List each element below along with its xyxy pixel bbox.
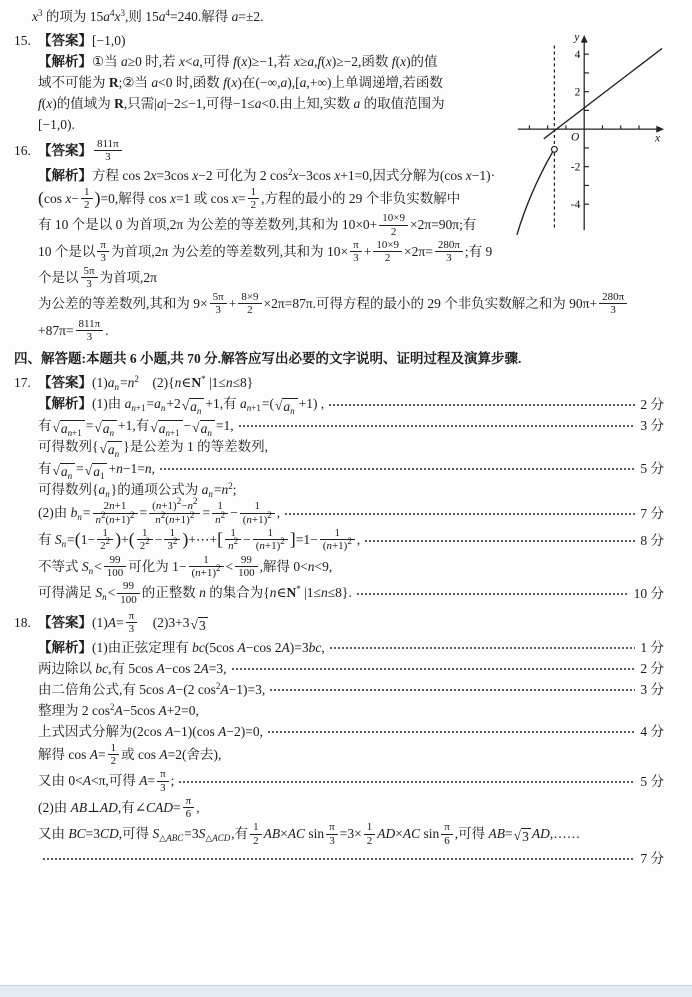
intro-line-mount: x3 的项为 15a4x3,则 15a4=240.解得 a=±2. xyxy=(14,7,664,27)
dotted-leader xyxy=(238,424,636,428)
text-line: 有 Sn=(1−122)+(122−132)+⋯+[1n2−1(n+1)2]=1… xyxy=(14,528,664,554)
text-line: (2)由 bn=2n+1n2(n+1)2=(n+1)2−n2n2(n+1)2=1… xyxy=(14,501,664,527)
score-label: 2 分 xyxy=(640,659,664,679)
score-label: 4 分 xyxy=(640,722,664,742)
text-line: 上式因式分解为(2cos A−1)(cos A−2)=0,4 分 xyxy=(14,722,664,742)
axes xyxy=(518,40,658,230)
dotted-leader xyxy=(42,857,635,861)
text-line: +87π=811π3. xyxy=(14,319,664,345)
dotted-leader xyxy=(159,467,635,471)
problem-number: 15. xyxy=(14,31,38,51)
curve-branch xyxy=(517,152,553,235)
function-graph: 4 2 -2 -4 O x y xyxy=(514,30,664,237)
text-line: 可得数列{an}的通项公式为 an=n2; xyxy=(14,480,664,500)
document-body: x3 的项为 15a4x3,则 15a4=240.解得 a=±2. xyxy=(0,0,692,869)
dotted-leader xyxy=(267,730,635,734)
problem-number: 18. xyxy=(14,613,38,633)
score-label: 1 分 xyxy=(640,638,664,658)
text-line: 【解析】(1)由正弦定理有 bc(5cos A−cos 2A)=3bc,1 分 xyxy=(14,638,664,658)
x-axis-label: x xyxy=(654,133,661,145)
text-line: 解得 cos A=12或 cos A=2(舍去), xyxy=(14,743,664,769)
text-line: 可得数列{√an}是公差为 1 的等差数列, xyxy=(14,437,664,458)
score-label: 5 分 xyxy=(640,459,664,479)
y-tick-label: -4 xyxy=(571,199,581,211)
dotted-leader xyxy=(356,592,629,596)
score-label: 3 分 xyxy=(640,680,664,700)
y-axis-arrow xyxy=(581,35,588,43)
score-label: 8 分 xyxy=(640,531,664,551)
text-line: 有√an=√a1+n−1=n,5 分 xyxy=(14,459,664,480)
text-line: 由二倍角公式,有 5cos A−(2 cos2A−1)=3,3 分 xyxy=(14,680,664,700)
y-tick-label: 2 xyxy=(575,87,581,99)
text-line: 又由 BC=3CD,可得 S△ABC=3S△ACD,有12AB×AC sinπ3… xyxy=(14,822,664,848)
origin-label: O xyxy=(571,132,580,144)
y-tick-label: 4 xyxy=(575,49,581,61)
text-line: 整理为 2 cos2A−5cos A+2=0, xyxy=(14,701,664,721)
bottom-bar xyxy=(0,985,692,997)
dotted-leader xyxy=(269,688,635,692)
text-line: (2)由 AB⊥AD,有∠CAD=π6, xyxy=(14,796,664,822)
text-line: 10 个是以π3为首项,2π 为公差的等差数列,其和为 10×π3+10×92×… xyxy=(14,240,664,291)
section-heading: 四、解答题:本题共 6 小题,共 70 分.解答应写出必要的文字说明、证明过程及… xyxy=(14,349,664,369)
text-line: 7 分 xyxy=(14,849,664,869)
linear-branch xyxy=(544,48,662,138)
problem-head: 17.【答案】(1)an=n2 (2){n∈N* |1≤n≤8} xyxy=(14,373,664,393)
text-line: 有√an+1=√an+1,有√an+1−√an=1,3 分 xyxy=(14,416,664,437)
text-line: 两边除以 bc,有 5cos A−cos 2A=3,2 分 xyxy=(14,659,664,679)
dotted-leader xyxy=(328,403,635,407)
y-tick-label: -2 xyxy=(571,162,581,174)
text-line: 可得满足 Sn<99100的正整数 n 的集合为{n∈N* |1≤n≤8}.10… xyxy=(14,581,664,607)
dotted-leader xyxy=(178,780,635,784)
x-axis-arrow xyxy=(656,126,664,133)
problem-head: 18.【答案】(1)A=π3 (2)3+3√3 xyxy=(14,611,664,637)
dotted-leader xyxy=(231,667,636,671)
function-graph-svg: 4 2 -2 -4 O x y xyxy=(514,30,664,237)
text-line: 不等式 Sn<99100可化为 1−1(n+1)2<99100,解得 0<n<9… xyxy=(14,555,664,581)
open-point xyxy=(552,146,558,152)
score-label: 7 分 xyxy=(640,504,664,524)
dotted-leader xyxy=(284,512,635,516)
text-line: 又由 0<A<π,可得 A=π3;5 分 xyxy=(14,769,664,795)
answer-sheet-page: { "colors": { "bottom_bar": "#e6ebf1", "… xyxy=(0,0,692,997)
score-label: 3 分 xyxy=(640,416,664,436)
y-axis-label: y xyxy=(573,32,580,44)
score-label: 2 分 xyxy=(640,395,664,415)
score-label: 5 分 xyxy=(640,772,664,792)
text-line: 【解析】(1)由 an+1=an+2√an+1,有 an+1=(√an+1) ,… xyxy=(14,394,664,415)
dotted-leader xyxy=(329,646,636,650)
text-line: 为公差的等差数列,其和为 9×5π3+8×92×2π=87π.可得方程的最小的 … xyxy=(14,292,664,318)
problem-number: 17. xyxy=(14,373,38,393)
dotted-leader xyxy=(364,539,635,543)
score-label: 7 分 xyxy=(640,849,664,869)
text-line: x3 的项为 15a4x3,则 15a4=240.解得 a=±2. xyxy=(14,7,664,27)
problem-number: 16. xyxy=(14,141,38,161)
score-label: 10 分 xyxy=(634,584,664,604)
